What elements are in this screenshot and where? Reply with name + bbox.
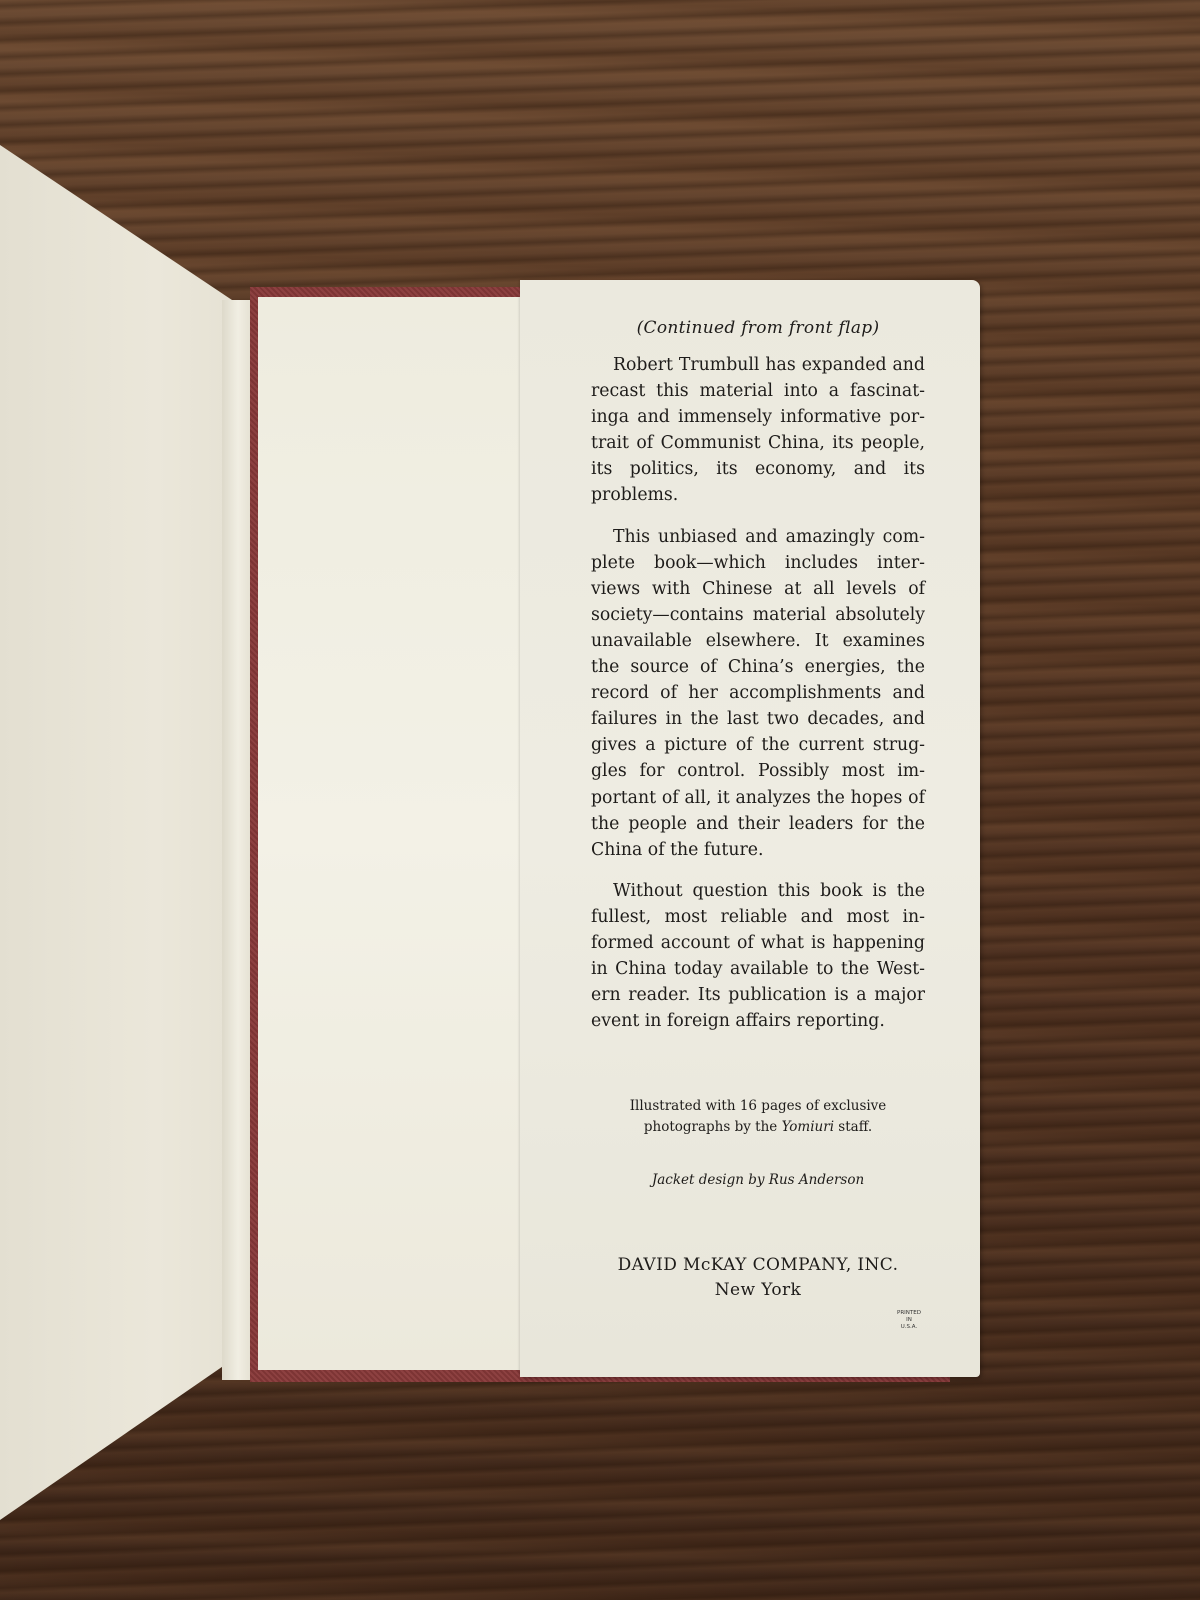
flap-text-block: (Continued from front flap) Robert Trumb…: [591, 318, 925, 1049]
jacket-design-credit: Jacket design by Rus Anderson: [591, 1172, 925, 1188]
publisher-block: DAVID McKAY COMPANY, INC. New York: [591, 1253, 925, 1303]
credit-text-end: staff.: [834, 1119, 872, 1135]
paragraph-1: Robert Trumbull has expanded and recast …: [591, 352, 925, 509]
stamp-line-1: PRINTED: [889, 1310, 929, 1317]
illustration-credit-line-2: photographs by the Yomiuri staff.: [591, 1117, 925, 1138]
printed-in-usa-stamp: PRINTED IN U.S.A.: [889, 1310, 929, 1331]
credit-text: photographs by the: [644, 1119, 782, 1135]
illustration-credit-line-1: Illustrated with 16 pages of exclusive: [591, 1096, 925, 1117]
yomiuri-name: Yomiuri: [782, 1119, 834, 1135]
stamp-line-2: IN: [889, 1317, 929, 1324]
paragraph-3: Without question this book is the fulles…: [591, 878, 925, 1035]
publisher-name: DAVID McKAY COMPANY, INC.: [591, 1253, 925, 1278]
stamp-line-3: U.S.A.: [889, 1324, 929, 1331]
paragraph-2: This unbiased and amazingly com­plete bo…: [591, 524, 925, 863]
publisher-city: New York: [591, 1278, 925, 1303]
continued-note: (Continued from front flap): [591, 318, 925, 338]
left-page: [0, 0, 260, 1600]
illustration-credit: Illustrated with 16 pages of exclusive p…: [591, 1096, 925, 1138]
endpaper: [258, 297, 520, 1370]
